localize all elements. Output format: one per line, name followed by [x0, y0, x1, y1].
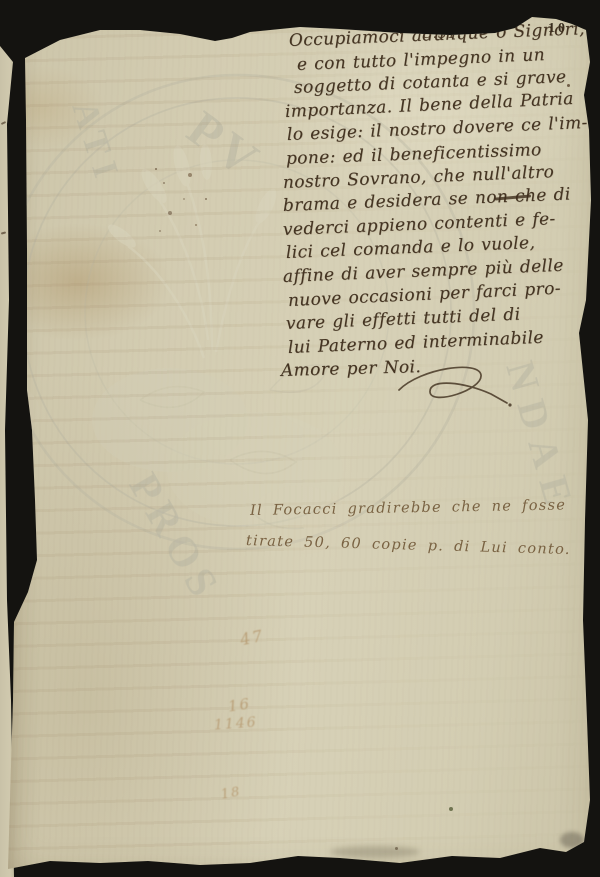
document-scan: PV ATI PROS NDAE — [0, 0, 600, 877]
adjacent-page-ink-mark — [1, 121, 6, 125]
bleedthrough-numeral: 18 — [220, 784, 243, 802]
bleedthrough-numeral: 16 — [227, 694, 252, 715]
watermark-letters-top: PV — [178, 100, 273, 190]
marginal-note: Il Focacci gradirebbe che ne fosse tirat… — [250, 496, 590, 556]
handwritten-folio-number: 10 — [201, 12, 226, 34]
marginal-note-line: tirate 50, 60 copie p. di Lui conto. — [246, 526, 591, 566]
watermark-letters-lower-left: PROS — [119, 466, 229, 600]
bleedthrough-numeral: 47 — [238, 626, 266, 650]
manuscript-page: PV ATI PROS NDAE — [0, 0, 600, 877]
ink-spatter — [155, 168, 157, 170]
watermark-letters-upper-left: ATI — [64, 96, 128, 190]
manuscript-text-block: Occupiamoci adunque o Signori, e con tut… — [283, 30, 600, 384]
bleedthrough-numeral: 1146 — [213, 714, 258, 733]
adjacent-page-ink-mark — [1, 231, 6, 234]
ink-speck — [449, 807, 453, 811]
pen-flourish — [393, 360, 523, 420]
marginal-note-line: Il Focacci gradirebbe che ne fosse — [250, 490, 590, 526]
edge-smudge — [560, 832, 584, 848]
edge-smudge — [330, 846, 420, 858]
